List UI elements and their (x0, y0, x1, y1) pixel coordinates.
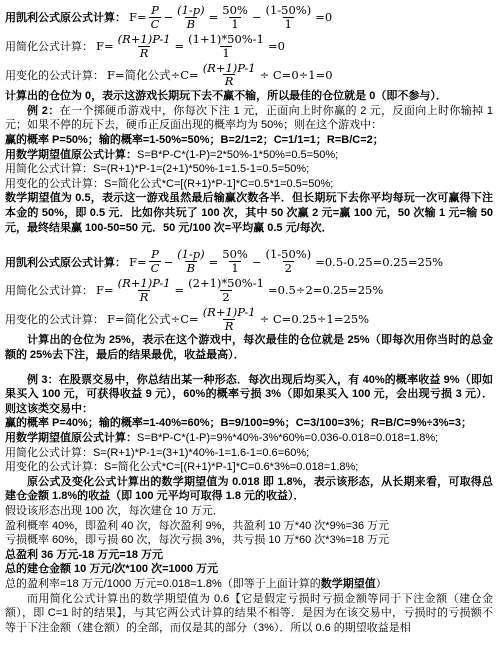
text-run: 原公式及变化公式计算出的数学期望值为 0.018 即 1.8%，表示该形态，从长… (5, 476, 493, 503)
fraction-numerator: (R+1)P-1 (201, 62, 258, 75)
fraction-numerator: (2+1)*50%-1 (186, 277, 266, 290)
text-run: S=B*P-C*(1-P)=9%*40%-3%*60%=0.036-0.018=… (137, 432, 438, 444)
paragraph-line: 原公式及变化公式计算出的数学期望值为 0.018 即 1.8%，表示该形态，从长… (5, 475, 493, 504)
fraction: (R+1)P-1R (201, 306, 258, 333)
document-body: 用凯利公式原公式计算：F=PC−(1-p)B=50%1−(1-50%)1=0用简… (5, 3, 493, 635)
document-page: 用凯利公式原公式计算：F=PC−(1-p)B=50%1−(1-50%)1=0用简… (0, 0, 498, 635)
math-text: F= (129, 10, 147, 24)
spacer (5, 235, 493, 247)
fraction: (1-50%)1 (263, 4, 313, 31)
paragraph-line: 例 3：在股票交易中，你总结出某一种形态．每次出现后均买入，有 40%的概率收益… (5, 373, 493, 417)
fraction-denominator: 1 (283, 17, 294, 31)
paragraph-line: 总的盈利率=18 万元/1000 万元=0.018=1.8%（即等于上面计算的数… (5, 577, 493, 592)
fraction-denominator: 2 (283, 261, 294, 275)
fraction: PC (149, 4, 162, 31)
formula-label: 用凯利公式原公式计算： (5, 9, 126, 25)
fraction: PC (149, 248, 162, 275)
math-text: =0 (268, 39, 285, 53)
paragraph-line: 假设该形态出现 100 次，每次建仓 10 万元． (5, 504, 493, 519)
text-run: 例 2： (27, 105, 60, 117)
text-run: 假设该形态出现 100 次，每次建仓 10 万元． (5, 505, 224, 517)
fraction-numerator: (1-50%) (263, 248, 313, 261)
fraction-numerator: P (149, 4, 161, 17)
math-text: − (163, 10, 173, 24)
formula-line: 用凯利公式原公式计算：F=PC−(1-p)B=50%1−(1-50%)1=0 (5, 3, 493, 32)
fraction-numerator: (R+1)P-1 (116, 277, 173, 290)
math-text: F= (96, 283, 114, 297)
formula-label: 用变化的公式计算： (5, 67, 104, 83)
paragraph-line: 用数学期望值原公式计算：S=B*P-C*(1-P)=2*50%-1*50%=0.… (5, 148, 493, 163)
paragraph-line: 用简化公式计算：S=(R+1)*P-1=(2+1)*50%-1=1.5-1=0.… (5, 162, 493, 177)
paragraph-line: 总盈利 36 万元-18 万元=18 万元 (5, 548, 493, 563)
text-run: 总盈利 36 万元-18 万元=18 万元 (5, 549, 163, 561)
fraction: (1-p)B (175, 4, 207, 31)
text-run: 而用简化公式计算出的数学期望值为 0.6【它是假定亏损时亏损金额等同于下注金额（… (5, 593, 493, 634)
fraction: 50%1 (220, 4, 250, 31)
math-text: F=简化公式÷C= (107, 67, 199, 83)
math-text: =0 (315, 10, 332, 24)
text-run: 在股票交易中，你总结出某一种形态．每次出现后均买入，有 40%的概率收益 9%（… (5, 374, 493, 415)
fraction-numerator: (R+1)P-1 (116, 33, 173, 46)
fraction-denominator: 1 (229, 261, 240, 275)
fraction-numerator: 50% (220, 248, 250, 261)
text-run: 总的盈利率=18 万元/1000 万元=0.018=1.8%（即等于上面计算的 (5, 578, 321, 590)
math-text: − (252, 255, 262, 269)
text-run: 用简化公式计算：S=(R+1)*P-1=(3+1)*40%-1=1.6-1=0.… (5, 447, 309, 459)
text-run: ） (376, 578, 387, 590)
math-text: F= (96, 39, 114, 53)
formula-line: 用凯利公式原公式计算：F=PC−(1-p)B=50%1−(1-50%)2=0.5… (5, 247, 493, 276)
text-run: 数学期望值为 0.5，表示这一游戏虽然最后输赢次数各半．但长期玩下去你平均每玩一… (5, 192, 493, 233)
text-run: 数学期望值 (321, 578, 376, 590)
paragraph-line: 用变化的公式计算：S=简化公式*C=[(R+1)*P-1]*C=0.6*3%=0… (5, 460, 493, 475)
fraction-numerator: (1+1)*50%-1 (186, 33, 266, 46)
text-run: 用简化公式计算：S=(R+1)*P-1=(2+1)*50%-1=1.5-1=0.… (5, 163, 309, 175)
math-text: = (175, 283, 185, 297)
math-text: − (163, 255, 173, 269)
formula-line: 用简化公式计算：F=(R+1)P-1R=(2+1)*50%-12=0.5÷2=0… (5, 276, 493, 305)
text-run: S=B*P-C*(1-P)=2*50%-1*50%=0.5=50%; (137, 149, 338, 161)
formula-label: 用变化的公式计算： (5, 311, 104, 327)
paragraph-line: 用变化的公式计算：S=简化公式*C=[(R+1)*P-1]*C=0.5*1=0.… (5, 177, 493, 192)
fraction: (2+1)*50%-12 (186, 277, 266, 304)
fraction-denominator: R (223, 74, 236, 88)
fraction: (R+1)P-1R (116, 277, 173, 304)
math-text: F=简化公式÷C= (107, 311, 199, 327)
formula-label: 用简化公式计算： (5, 38, 93, 54)
fraction-denominator: 1 (220, 46, 231, 60)
fraction: (R+1)P-1R (116, 33, 173, 60)
math-text: ÷ C=0÷1=0 (260, 68, 333, 82)
fraction: (1-50%)2 (263, 248, 313, 275)
fraction-denominator: B (185, 17, 197, 31)
text-run: 在一个掷硬币游戏中，你每次下注 1 元，正面向上时你赢的 2 元，反面向上时你输… (5, 105, 493, 132)
fraction-numerator: (1-p) (175, 248, 207, 261)
math-text: − (252, 10, 262, 24)
formula-line: 用简化公式计算：F=(R+1)P-1R=(1+1)*50%-11=0 (5, 32, 493, 61)
text-run: 用变化的公式计算：S=简化公式*C=[(R+1)*P-1]*C=0.6*3%=0… (5, 461, 358, 473)
formula-line: 用变化的公式计算：F=简化公式÷C=(R+1)P-1R÷ C=0÷1=0 (5, 61, 493, 90)
fraction-denominator: R (138, 290, 151, 304)
paragraph-line: 盈利概率 40%，即盈利 40 次，每次盈利 9%，共盈利 10 万*40 次*… (5, 519, 493, 534)
fraction-numerator: (1-p) (175, 4, 207, 17)
text-run: 赢的概率 P=40%；输的概率=1-40%=60%；B=9/100=9%；C=3… (5, 417, 472, 429)
paragraph-line: 数学期望值为 0.5，表示这一游戏虽然最后输赢次数各半．但长期玩下去你平均每玩一… (5, 191, 493, 235)
fraction: 50%1 (220, 248, 250, 275)
text-run: 用变化的公式计算：S=简化公式*C=[(R+1)*P-1]*C=0.5*1=0.… (5, 178, 333, 190)
math-text: =0.5÷2=0.25=25% (268, 283, 383, 297)
fraction-numerator: 50% (220, 4, 250, 17)
fraction-denominator: B (185, 261, 197, 275)
text-run: 赢的概率 P=50%；输的概率=1-50%=50%；B=2/1=2；C=1/1=… (5, 134, 384, 146)
math-text: F= (129, 255, 147, 269)
text-run: 亏损概率 60%，即亏损 60 次，每次亏损 3%，共亏损 10 万*60 次*… (5, 534, 389, 546)
text-run: 计算出的仓位为 25%，表示在这个游戏中，每次最佳的仓位就是 25%（即每次用你… (5, 334, 493, 361)
fraction-numerator: (1-50%) (263, 4, 313, 17)
fraction-denominator: 2 (220, 290, 231, 304)
paragraph-line: 用数学期望值原公式计算：S=B*P-C*(1-P)=9%*40%-3%*60%=… (5, 431, 493, 446)
fraction-denominator: C (149, 17, 162, 31)
math-text: = (209, 10, 219, 24)
fraction-denominator: 1 (229, 17, 240, 31)
fraction-denominator: R (223, 319, 236, 333)
formula-label: 用凯利公式原公式计算： (5, 254, 126, 270)
spacer (5, 363, 493, 373)
paragraph-line: 计算出的仓位为 25%，表示在这个游戏中，每次最佳的仓位就是 25%（即每次用你… (5, 333, 493, 362)
text-run: 用数学期望值原公式计算： (5, 432, 137, 444)
paragraph-line: 用简化公式计算：S=(R+1)*P-1=(3+1)*40%-1=1.6-1=0.… (5, 446, 493, 461)
fraction-numerator: P (149, 248, 161, 261)
fraction: (R+1)P-1R (201, 62, 258, 89)
paragraph-line: 亏损概率 60%，即亏损 60 次，每次亏损 3%，共亏损 10 万*60 次*… (5, 533, 493, 548)
fraction: (1-p)B (175, 248, 207, 275)
paragraph-line: 计算出的仓位为 0，表示这游戏长期玩下去不赢不输，所以最佳的仓位就是 0（即不参… (5, 89, 493, 104)
fraction-denominator: C (149, 261, 162, 275)
formula-line: 用变化的公式计算：F=简化公式÷C=(R+1)P-1R÷ C=0.25÷1=25… (5, 305, 493, 334)
text-run: 盈利概率 40%，即盈利 40 次，每次盈利 9%，共盈利 10 万*40 次*… (5, 520, 389, 532)
text-run: 总的建仓金额 10 万元/次*100 次=1000 万元 (5, 563, 218, 575)
paragraph-line: 而用简化公式计算出的数学期望值为 0.6【它是假定亏损时亏损金额等同于下注金额（… (5, 592, 493, 636)
paragraph-line: 总的建仓金额 10 万元/次*100 次=1000 万元 (5, 562, 493, 577)
paragraph-line: 例 2：在一个掷硬币游戏中，你每次下注 1 元，正面向上时你赢的 2 元，反面向… (5, 104, 493, 133)
fraction-numerator: (R+1)P-1 (201, 306, 258, 319)
text-run: 计算出的仓位为 0，表示这游戏长期玩下去不赢不输，所以最佳的仓位就是 0（即不参… (5, 90, 447, 102)
text-run: 用数学期望值原公式计算： (5, 149, 137, 161)
math-text: =0.5-0.25=0.25=25% (315, 255, 443, 269)
fraction-denominator: R (138, 46, 151, 60)
math-text: = (209, 255, 219, 269)
math-text: ÷ C=0.25÷1=25% (260, 312, 369, 326)
text-run: 例 3： (27, 374, 59, 386)
fraction: (1+1)*50%-11 (186, 33, 266, 60)
paragraph-line: 赢的概率 P=50%；输的概率=1-50%=50%；B=2/1=2；C=1/1=… (5, 133, 493, 148)
math-text: = (175, 39, 185, 53)
paragraph-line: 赢的概率 P=40%；输的概率=1-40%=60%；B=9/100=9%；C=3… (5, 416, 493, 431)
formula-label: 用简化公式计算： (5, 282, 93, 298)
